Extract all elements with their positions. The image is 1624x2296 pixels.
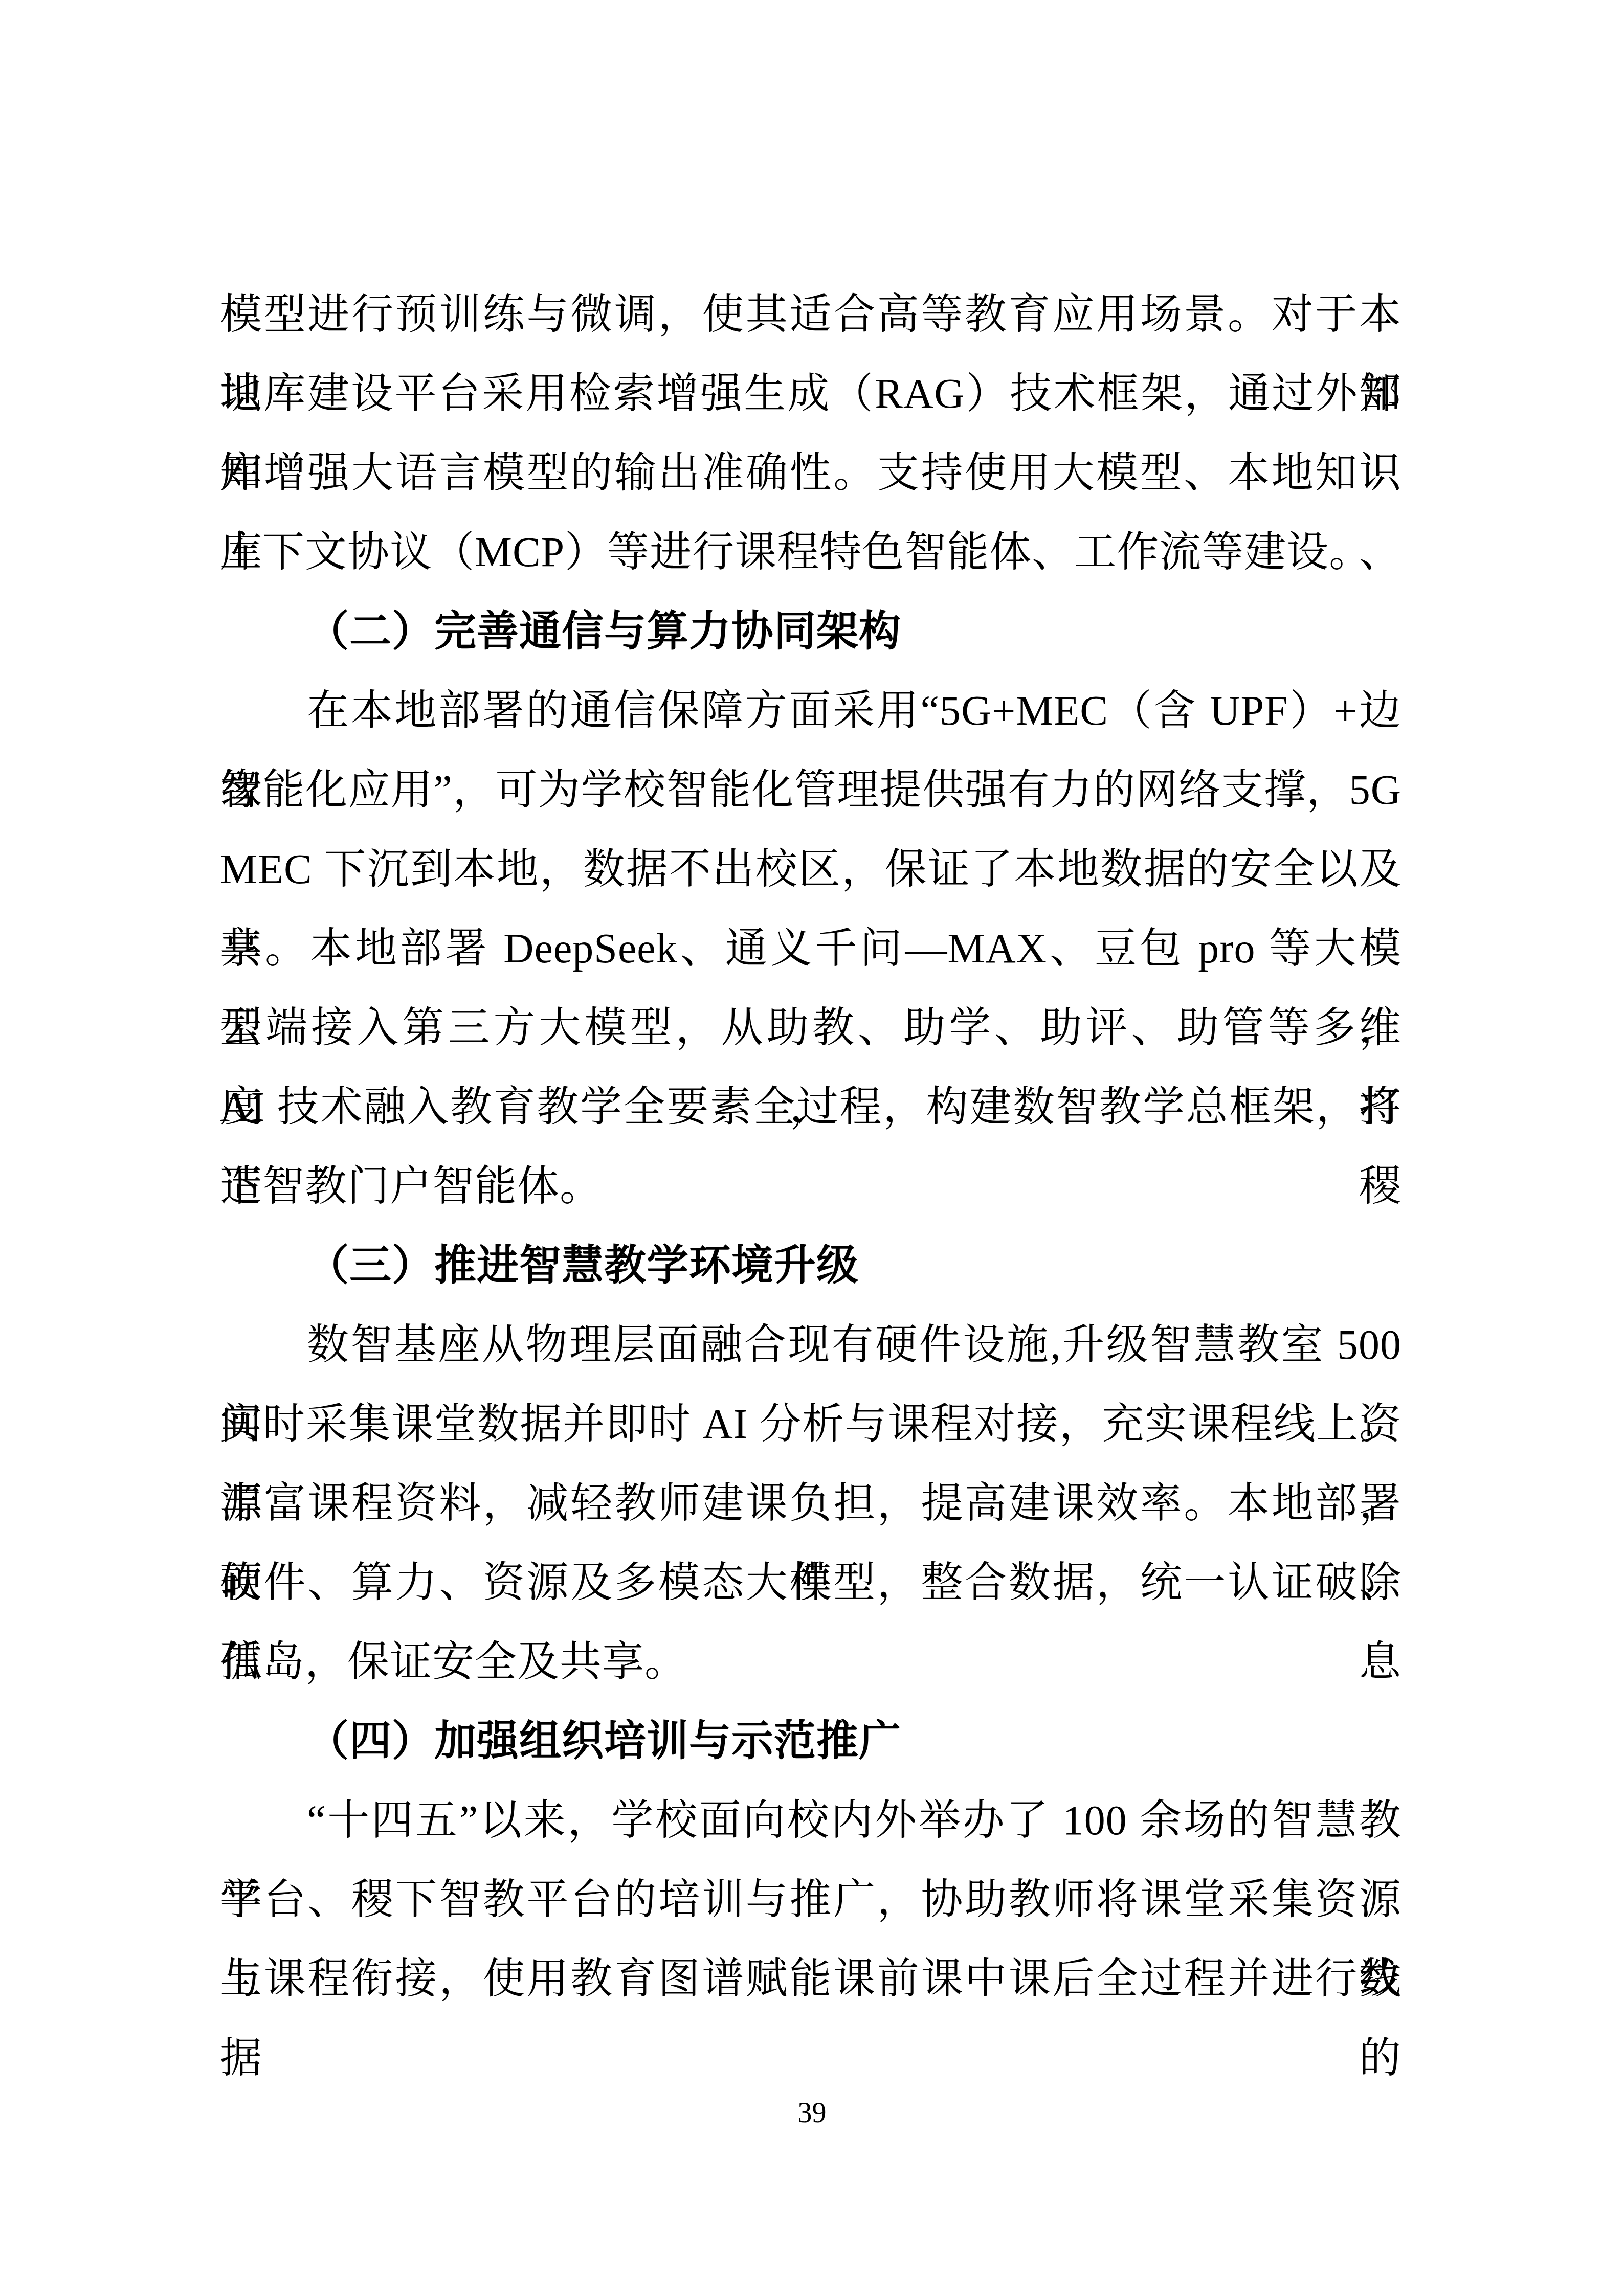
text-line: 上课程衔接，使用教育图谱赋能课前课中课后全过程并进行数据的 (220, 1939, 1401, 2018)
text-line: 在本地部署的通信保障方面采用“5G+MEC（含 UPF）+边缘 (220, 671, 1401, 750)
text-line: 软件、算力、资源及多模态大模型，整合数据，统一认证破除信息 (220, 1543, 1401, 1622)
text-line: 智能化应用”，可为学校智能化管理提供强有力的网络支撑，5G (220, 750, 1401, 829)
section-heading: （二）完善通信与算力协同架构 (220, 592, 1401, 671)
section-heading: （四）加强组织培训与示范推广 (220, 1701, 1401, 1781)
text-line: 实时采集课堂数据并即时 AI 分析与课程对接，充实课程线上资源， (220, 1384, 1401, 1464)
text-line: 平台、稷下智教平台的培训与推广，协助教师将课堂采集资源与线 (220, 1860, 1401, 1939)
text-line: 丰富课程资料，减轻教师建课负担，提高建课效率。本地部署硬件、 (220, 1464, 1401, 1543)
text-line: 享。本地部署 DeepSeek、通义千问—MAX、豆包 pro 等大模型， (220, 909, 1401, 988)
document-page: 模型进行预训练与微调，使其适合高等教育应用场景。对于本地知 识库建设平台采用检索… (0, 0, 1624, 2296)
section-heading: （三）推进智慧教学环境升级 (220, 1226, 1401, 1305)
text-line: 识库建设平台采用检索增强生成（RAG）技术框架，通过外部知识 (220, 354, 1401, 433)
text-block: 模型进行预训练与微调，使其适合高等教育应用场景。对于本地知 识库建设平台采用检索… (220, 275, 1401, 2018)
text-line: “十四五”以来，学校面向校内外举办了 100 余场的智慧教学 (220, 1781, 1401, 1860)
text-line: 模型进行预训练与微调，使其适合高等教育应用场景。对于本地知 (220, 275, 1401, 354)
text-line: MEC 下沉到本地，数据不出校区，保证了本地数据的安全以及共 (220, 829, 1401, 909)
text-line: 数智基座从物理层面融合现有硬件设施,升级智慧教室 500 间。 (220, 1305, 1401, 1384)
text-line: AI 技术融入教育教学全要素全过程，构建数智教学总框架，打造稷 (220, 1067, 1401, 1146)
text-line: 上下文协议（MCP）等进行课程特色智能体、工作流等建设。 (220, 512, 1401, 592)
text-line: 库增强大语言模型的输出准确性。支持使用大模型、本地知识库、 (220, 433, 1401, 512)
page-number: 39 (0, 2097, 1624, 2129)
text-line: 云端接入第三方大模型，从助教、助学、助评、助管等多维度，将 (220, 988, 1401, 1067)
